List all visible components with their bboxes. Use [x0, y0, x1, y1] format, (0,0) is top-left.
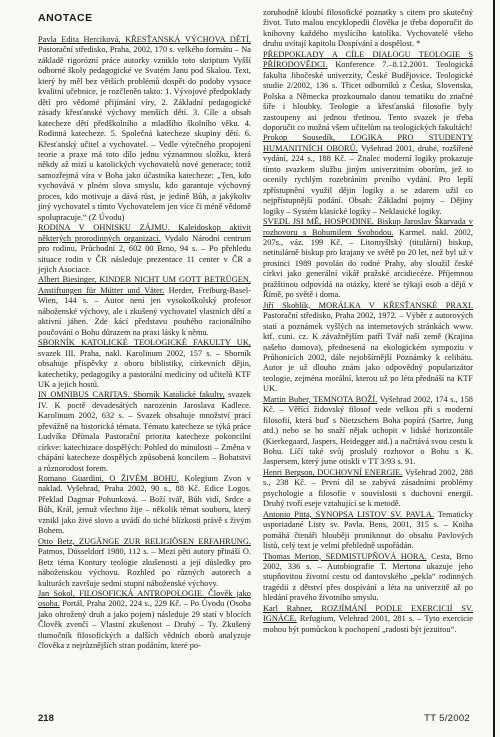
- annotation-body: svazek III. Praha, nakl. Karolinum 2002,…: [38, 349, 251, 389]
- scanned-journal-page: ANOTACE Pavla Edita Herciková, KŘESŤANSK…: [0, 0, 500, 737]
- annotation-entry: Pavla Edita Herciková, KŘESŤANSKÁ VÝCHOV…: [38, 35, 251, 223]
- annotation-entry: SVEDL JSI MĚ, HOSPODINE. Biskup Jaroslav…: [263, 217, 473, 301]
- annotation-body: Pastorační středisko, Praha, 2002, 170 s…: [38, 45, 251, 221]
- annotation-entry: Prokop Sousedík, LOGIKA PRO STUDENTY HUM…: [263, 133, 473, 217]
- annotation-entry: IN OMNIBUS CARITAS. Sborník Katolické fa…: [38, 390, 251, 474]
- page-edge-rule: [493, 0, 495, 737]
- annotation-body: Karmel. nakl. 2002, 207s., váz. 199 Kč. …: [263, 228, 473, 300]
- annotation-body: Portál, Praha 2002, 224 s., 229 Kč. – Po…: [38, 599, 251, 650]
- annotation-body: Konference 7.–8.12.2001. Teologická faku…: [263, 60, 473, 132]
- annotation-head: Thomas Merton, SEDMISTUPŇOVÁ HORA.: [263, 552, 427, 561]
- page-title: ANOTACE: [38, 12, 93, 24]
- annotation-entry: SBORNÍK KATOLICKÉ TEOLOGICKÉ FAKULTY UK,…: [38, 338, 251, 390]
- annotation-body: Kolegium Zvon v naklad. Vyšehrad, Praha …: [38, 474, 251, 535]
- annotation-entry: Henri Bergson, DUCHOVNÍ ENERGIE. Vyšehra…: [263, 468, 473, 510]
- annotation-head: Jiří Skoblík, MORÁLKA V KŘESŤANSKÉ PRAXI…: [263, 301, 473, 310]
- left-column: Pavla Edita Herciková, KŘESŤANSKÁ VÝCHOV…: [38, 35, 251, 652]
- annotation-body: Vyšehrad 2001, druhé, rozšířené vydání, …: [263, 144, 473, 216]
- page-number: 218: [38, 713, 54, 724]
- annotation-entry: RODINA V OHNISKU ZÁJMU. Kaleidoskop akti…: [38, 223, 251, 275]
- annotation-head: IN OMNIBUS CARITAS. Sborník Katolické fa…: [38, 390, 225, 399]
- annotation-head: Otto Betz, ZUGÄNGE ZUR RELIGIÖSEN ERFAHR…: [38, 537, 251, 546]
- annotation-body: Pastorační středisko, Praha 2002, 1972. …: [263, 311, 473, 393]
- annotation-entry: Jan Sokol, FILOSOFICKÁ ANTROPOLOGIE. Člo…: [38, 589, 251, 652]
- annotation-entry: PŘEDPOKLADY A CÍLE DIALOGU TEOLOGIE S PŘ…: [263, 50, 473, 134]
- annotation-continuation: zoruhodně kloubí filosofické poznatky s …: [263, 8, 473, 50]
- annotation-head: Antonio Pitta, SYNOPSA LISTOV SV. PAVLA.: [263, 510, 434, 519]
- journal-issue-label: TT 5/2002: [424, 713, 470, 724]
- annotation-entry: Romano Guardini, O ŽIVÉM BOHU. Kolegium …: [38, 474, 251, 537]
- annotation-body: Patmos, Düsseldorf 1980, 112 s. – Mezi p…: [38, 547, 251, 587]
- annotation-entry: Karl Rahner, ROZJÍMÁNÍ PODLE EXERCICIÍ S…: [263, 604, 473, 635]
- annotation-entry: Antonio Pitta, SYNOPSA LISTOV SV. PAVLA.…: [263, 510, 473, 552]
- annotation-head: Martin Buber, TEMNOTA BOŽÍ.: [263, 395, 377, 404]
- annotation-body: svazek IV. K poctě devadesátých narozeni…: [38, 390, 251, 472]
- annotation-entry: Martin Buber, TEMNOTA BOŽÍ. Vyšehrad 200…: [263, 395, 473, 468]
- annotation-body: Vyšehrad 2002, 174 s., 158 Kč. – Věřící …: [263, 395, 473, 467]
- annotation-entry: Thomas Merton, SEDMISTUPŇOVÁ HORA. Cesta…: [263, 552, 473, 604]
- annotation-head: Pavla Edita Herciková, KŘESŤANSKÁ VÝCHOV…: [38, 35, 251, 44]
- annotation-entry: Otto Betz, ZUGÄNGE ZUR RELIGIÖSEN ERFAHR…: [38, 537, 251, 589]
- annotation-entry: Albert Biesinger, KINDER NICHT UM GOTT B…: [38, 275, 251, 338]
- right-column: zoruhodně kloubí filosofické poznatky s …: [263, 8, 473, 635]
- annotation-entry: Jiří Skoblík, MORÁLKA V KŘESŤANSKÉ PRAXI…: [263, 301, 473, 395]
- annotation-head: Henri Bergson, DUCHOVNÍ ENERGIE.: [263, 468, 403, 477]
- annotation-head: Romano Guardini, O ŽIVÉM BOHU.: [38, 474, 179, 483]
- annotation-body: zoruhodně kloubí filosofické poznatky s …: [263, 8, 473, 48]
- annotation-head: SBORNÍK KATOLICKÉ TEOLOGICKÉ FAKULTY UK,: [38, 338, 251, 347]
